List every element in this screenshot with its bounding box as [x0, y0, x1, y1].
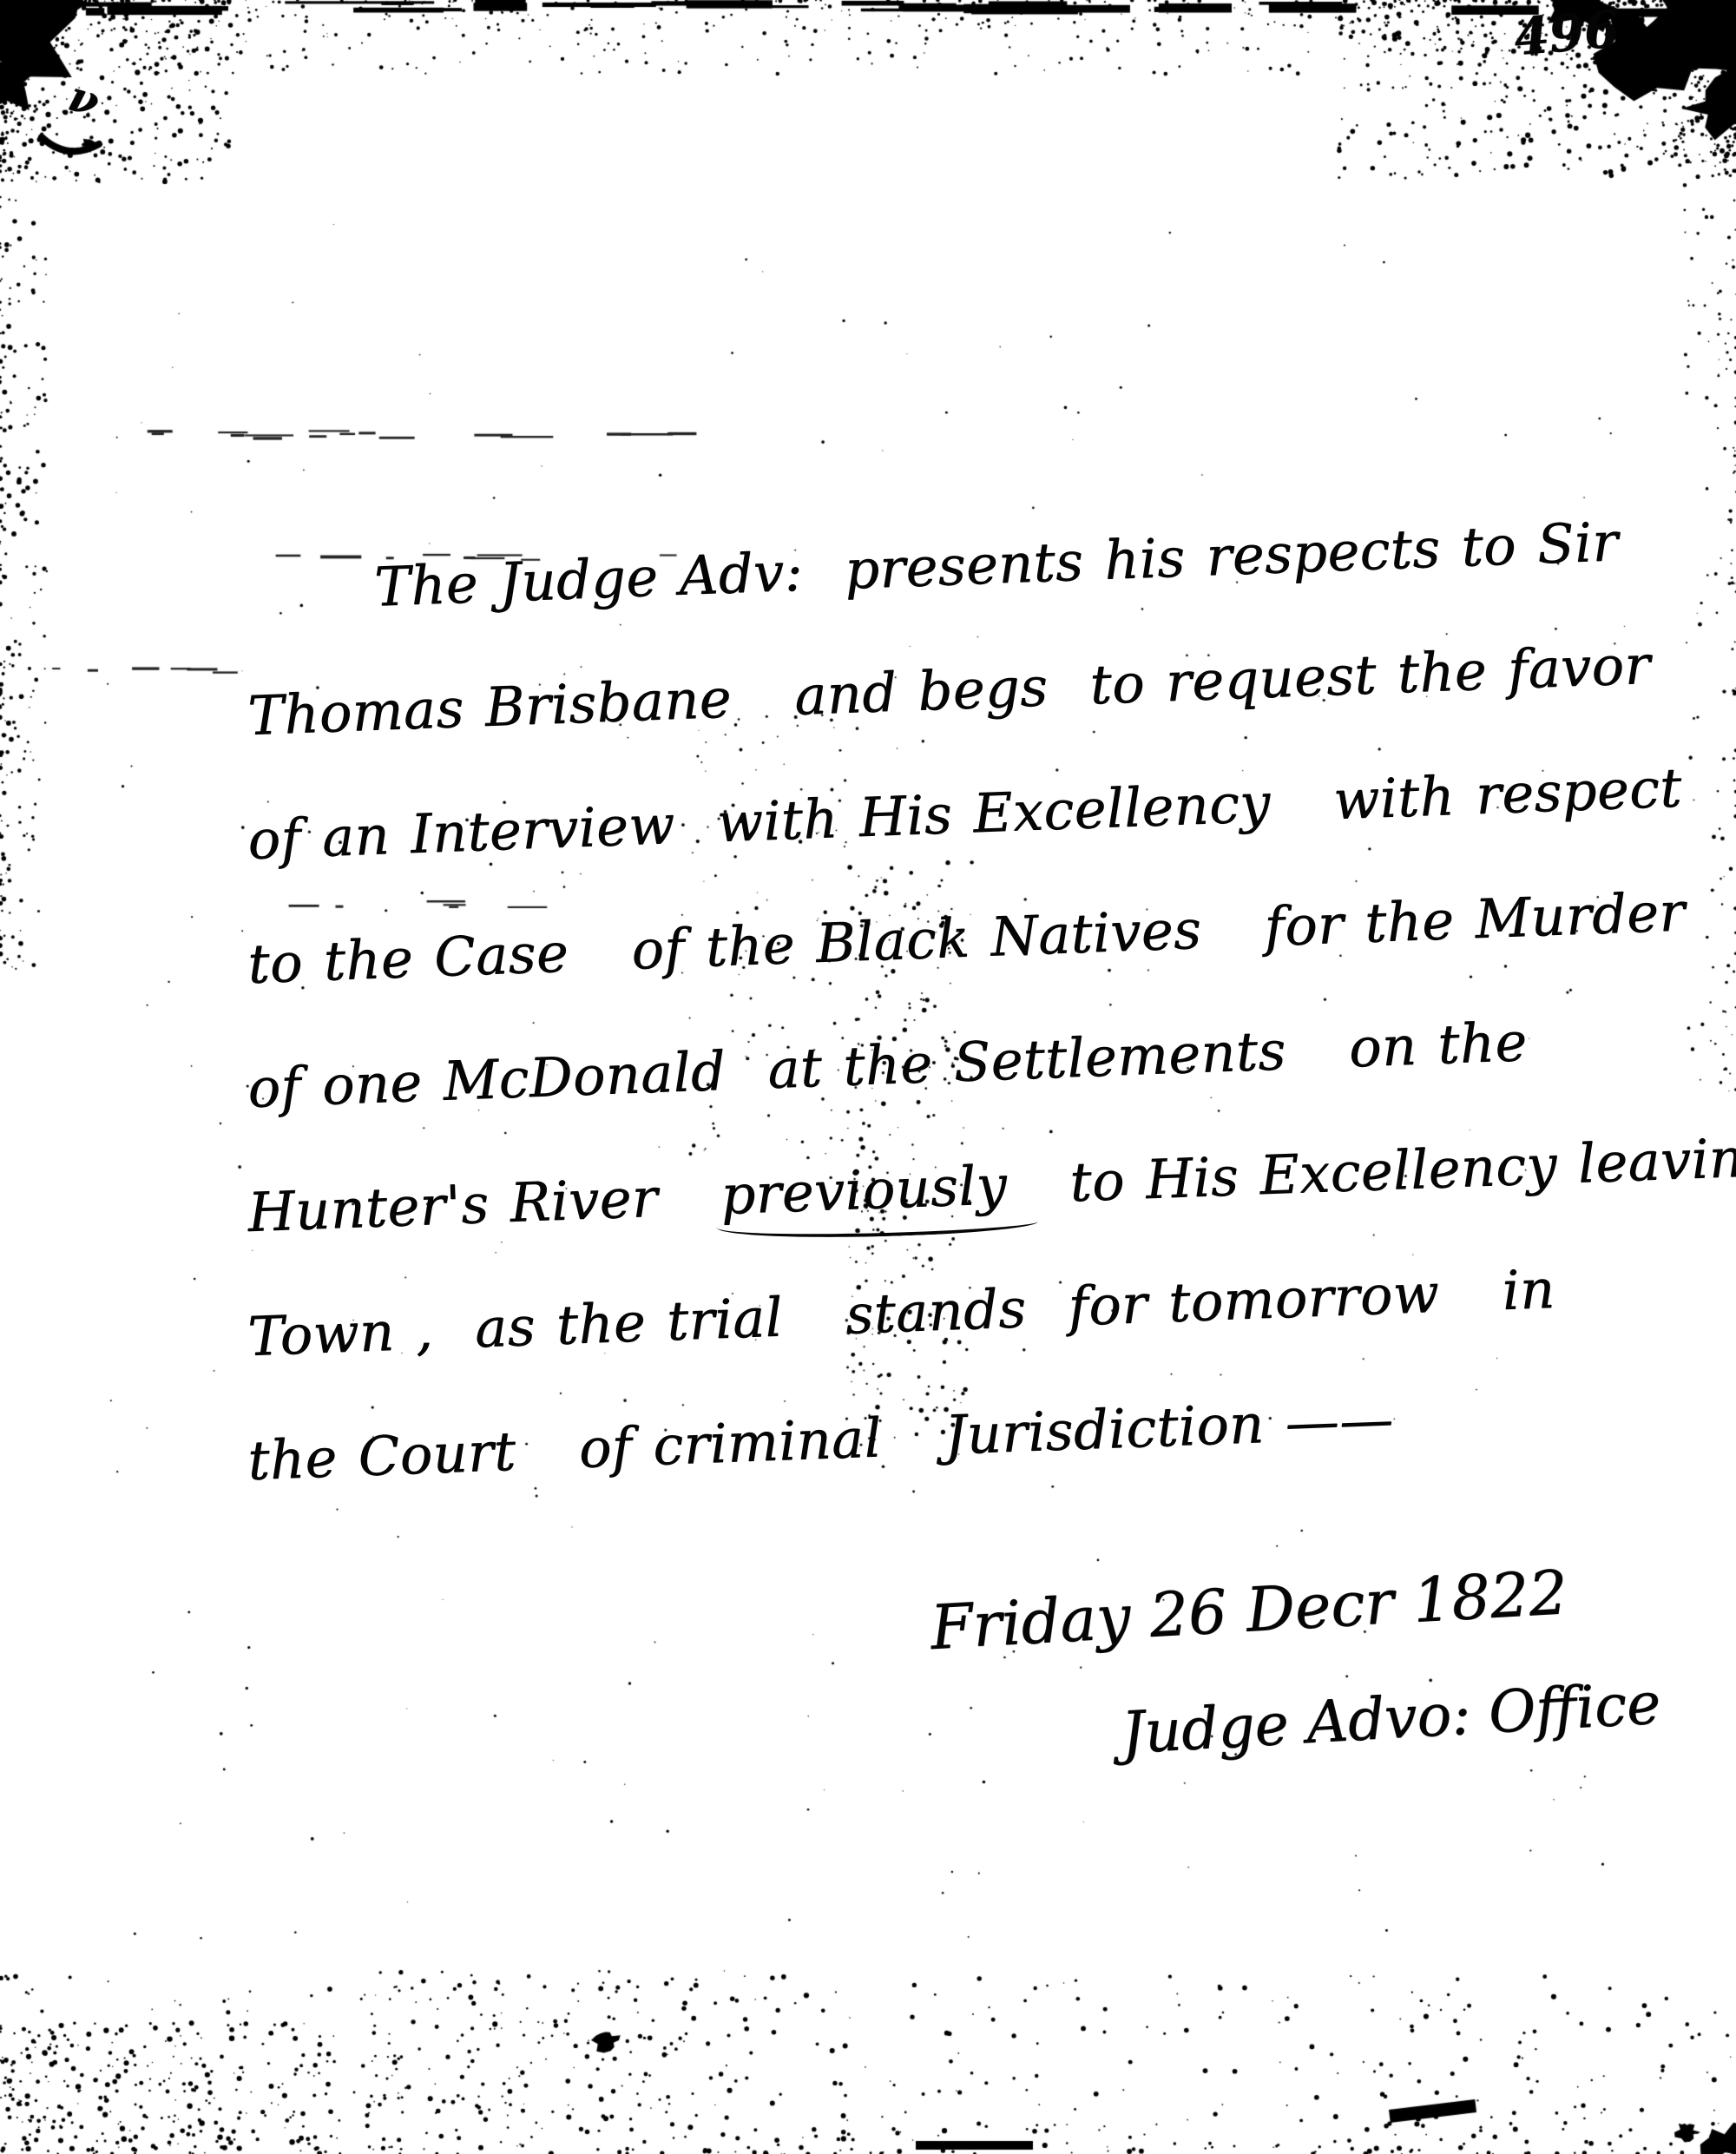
scanned-letter-page: ν 496 The Judge Adv: presents his respec…: [0, 0, 1736, 2154]
underlined-word: previously: [720, 1153, 1008, 1227]
letter-body: The Judge Adv: presents his respects to …: [248, 530, 1724, 1523]
page-number-annotation: 496: [1511, 0, 1621, 67]
